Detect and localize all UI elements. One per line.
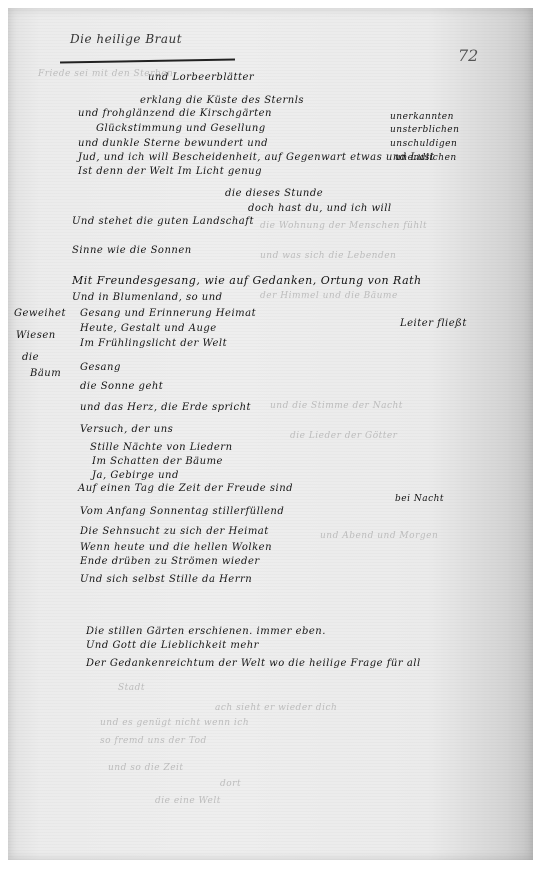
manuscript-line: Im Schatten der Bäume bbox=[92, 456, 223, 467]
manuscript-line: Jud, und ich will Bescheidenheit, auf Ge… bbox=[78, 152, 435, 163]
manuscript-line: die dieses Stunde bbox=[225, 188, 323, 199]
manuscript-line: Der Gedankenreichtum der Welt wo die hei… bbox=[86, 658, 421, 669]
manuscript-line: und dunkle Sterne bewundert und bbox=[78, 138, 268, 149]
manuscript-line: Ende drüben zu Strömen wieder bbox=[80, 556, 260, 567]
margin-note: Geweihet bbox=[14, 308, 66, 319]
manuscript-title: Die heilige Braut bbox=[70, 32, 182, 46]
margin-note: die bbox=[22, 352, 39, 363]
bleedthrough-line: die Lieder der Götter bbox=[290, 431, 397, 441]
manuscript-line: Glückstimmung und Gesellung bbox=[96, 123, 266, 134]
manuscript-line: und frohglänzend die Kirschgärten bbox=[78, 108, 272, 119]
manuscript-line: Und sich selbst Stille da Herrn bbox=[80, 574, 252, 585]
manuscript-line: Im Frühlingslicht der Welt bbox=[80, 338, 227, 349]
manuscript-line: Ist denn der Welt Im Licht genug bbox=[78, 166, 262, 177]
manuscript-line: Sinne wie die Sonnen bbox=[72, 245, 192, 256]
bleedthrough-line: und so die Zeit bbox=[108, 763, 184, 773]
bleedthrough-line: so fremd uns der Tod bbox=[100, 736, 207, 746]
bleedthrough-line: die Wohnung der Menschen fühlt bbox=[260, 221, 427, 231]
bleedthrough-line: und die Stimme der Nacht bbox=[270, 401, 403, 411]
right-note: unsterblichen bbox=[390, 125, 459, 135]
right-note: bei Nacht bbox=[395, 494, 444, 504]
bleedthrough-line: und Abend und Morgen bbox=[320, 531, 438, 541]
manuscript-line: Mit Freundesgesang, wie auf Gedanken, Or… bbox=[72, 274, 422, 287]
manuscript-line: Auf einen Tag die Zeit der Freude sind bbox=[78, 483, 293, 494]
right-note: unschuldigen bbox=[390, 139, 457, 149]
manuscript-line: Versuch, der uns bbox=[80, 424, 173, 435]
right-note: Leiter fließt bbox=[400, 318, 467, 329]
manuscript-line: Und in Blumenland, so und bbox=[72, 292, 223, 303]
manuscript-line: Gesang und Erinnerung Heimat bbox=[80, 308, 256, 319]
bleedthrough-line: Stadt bbox=[118, 683, 145, 693]
manuscript-line: Die stillen Gärten erschienen. immer ebe… bbox=[86, 626, 326, 637]
manuscript-line: Und Gott die Lieblichkeit mehr bbox=[86, 640, 259, 651]
manuscript-line: Gesang bbox=[80, 362, 121, 373]
manuscript-line: Die Sehnsucht zu sich der Heimat bbox=[80, 526, 269, 537]
folio-number: 72 bbox=[458, 46, 478, 65]
manuscript-page: Die heilige Braut 72 Friede sei mit den … bbox=[8, 8, 533, 860]
bleedthrough-line: dort bbox=[220, 779, 241, 789]
title-underline bbox=[60, 58, 235, 63]
manuscript-line: Ja, Gebirge und bbox=[92, 470, 179, 481]
bleedthrough-line: der Himmel und die Bäume bbox=[260, 291, 398, 301]
right-note: unerkannten bbox=[390, 112, 454, 122]
manuscript-line: und das Herz, die Erde spricht bbox=[80, 402, 251, 413]
manuscript-line: Wenn heute und die hellen Wolken bbox=[80, 542, 272, 553]
manuscript-line: die Sonne geht bbox=[80, 381, 163, 392]
bleedthrough-line: ach sieht er wieder dich bbox=[215, 703, 337, 713]
manuscript-line: Heute, Gestalt und Auge bbox=[80, 323, 217, 334]
bleedthrough-line: und es genügt nicht wenn ich bbox=[100, 718, 249, 728]
margin-note: Wiesen bbox=[16, 330, 56, 341]
bleedthrough-line: und was sich die Lebenden bbox=[260, 251, 396, 261]
manuscript-line: doch hast du, und ich will bbox=[248, 203, 392, 214]
margin-note: Bäum bbox=[30, 368, 61, 379]
manuscript-line: Vom Anfang Sonnentag stillerfüllend bbox=[80, 506, 284, 517]
manuscript-line: erklang die Küste des Sternls bbox=[140, 95, 304, 106]
manuscript-line: und Lorbeerblätter bbox=[148, 72, 254, 83]
manuscript-line: Und stehet die guten Landschaft bbox=[72, 216, 254, 227]
manuscript-line: Stille Nächte von Liedern bbox=[90, 442, 233, 453]
right-note: unendlichen bbox=[395, 153, 457, 163]
bleedthrough-line: die eine Welt bbox=[155, 796, 221, 806]
